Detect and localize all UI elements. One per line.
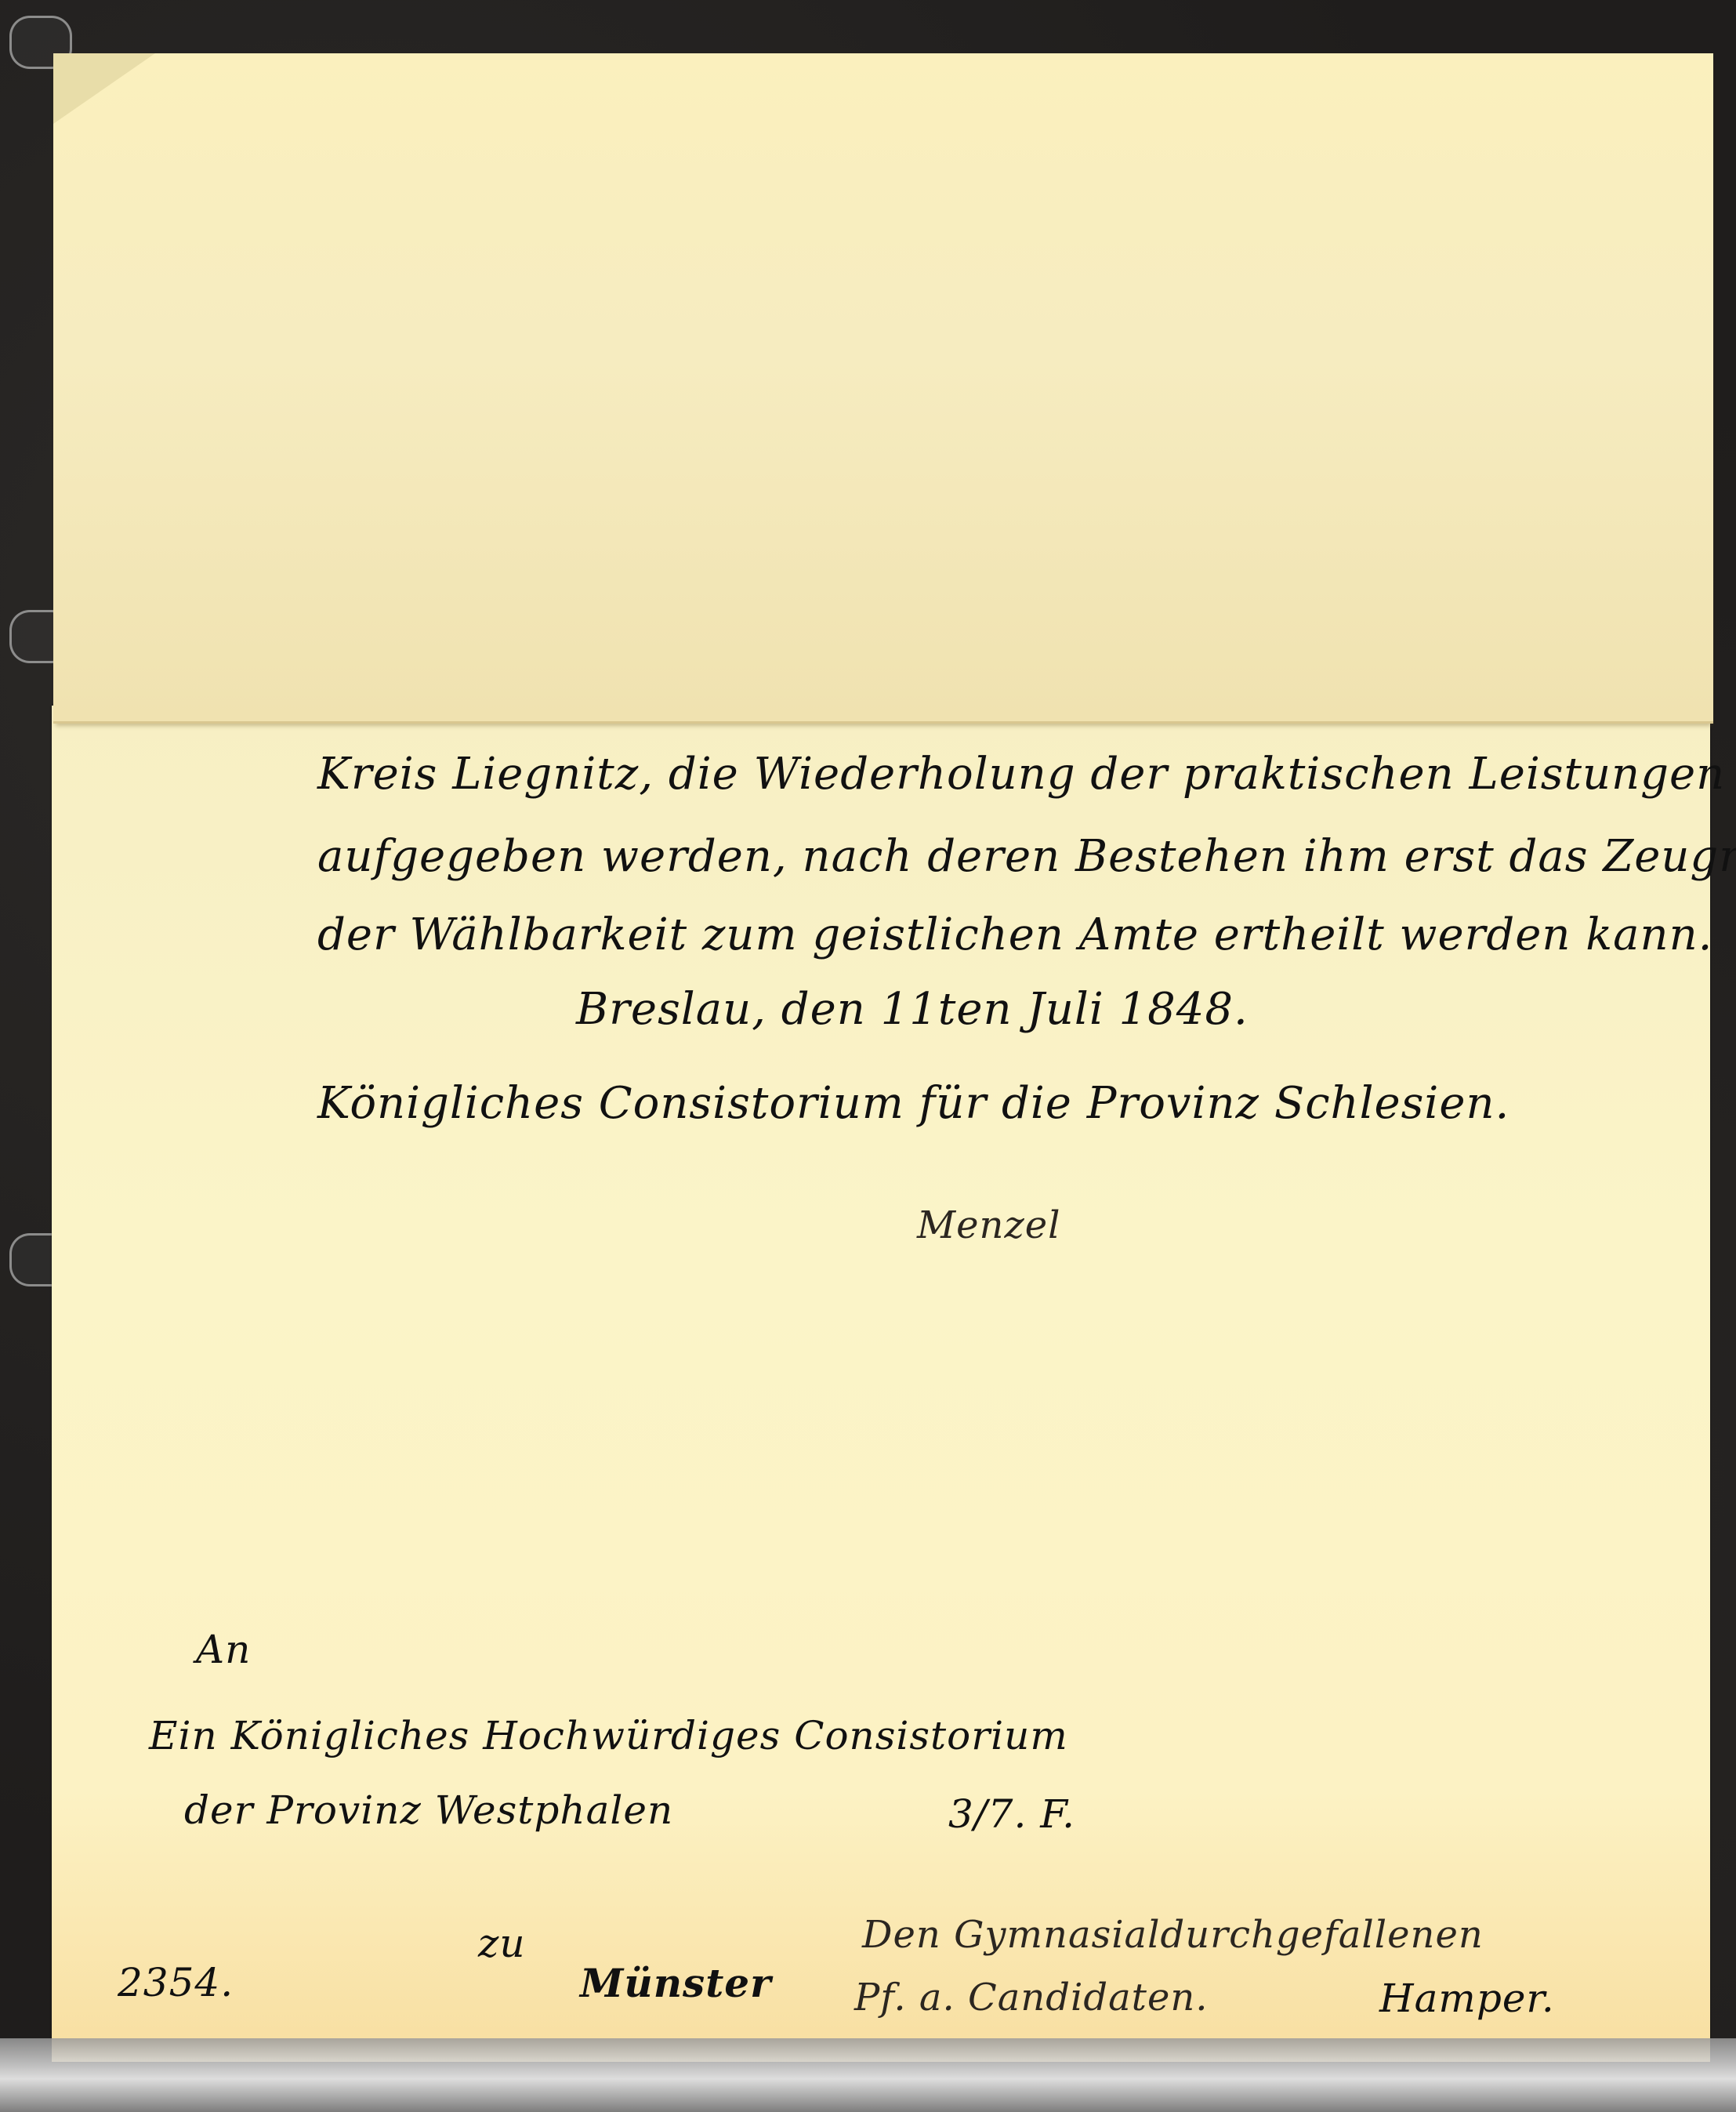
address-to: zu [478,1921,526,1966]
annotation-signature: Hamper. [1379,1976,1555,2021]
address-city: Münster [580,1960,771,2006]
address-line-2: der Provinz Westphalen [184,1787,673,1833]
sender-signature: Menzel [917,1203,1061,1247]
body-line-2: aufgegeben werden, nach deren Bestehen i… [317,831,1736,882]
annotation-date: 3/7. F. [948,1791,1075,1837]
body-line-3: der Wählbarkeit zum geistlichen Amte ert… [317,909,1712,960]
place-date: Breslau, den 11ten Juli 1848. [576,984,1249,1035]
body-line-1: Kreis Liegnitz, die Wiederholung der pra… [317,749,1725,800]
annotation-note-2: Pf. a. Candidaten. [854,1976,1209,2019]
folded-top-flap [53,53,1713,724]
address-line-1: Ein Königliches Hochwürdiges Consistoriu… [149,1713,1068,1758]
plastic-sleeve-edge [0,2038,1736,2112]
sender-authority: Königliches Consistorium für die Provinz… [317,1078,1509,1129]
folio-number: 2354. [118,1960,234,2005]
address-prefix: An [196,1627,251,1672]
annotation-note-1: Den Gymnasialdurchgefallenen [862,1913,1484,1957]
folded-corner [53,53,155,124]
